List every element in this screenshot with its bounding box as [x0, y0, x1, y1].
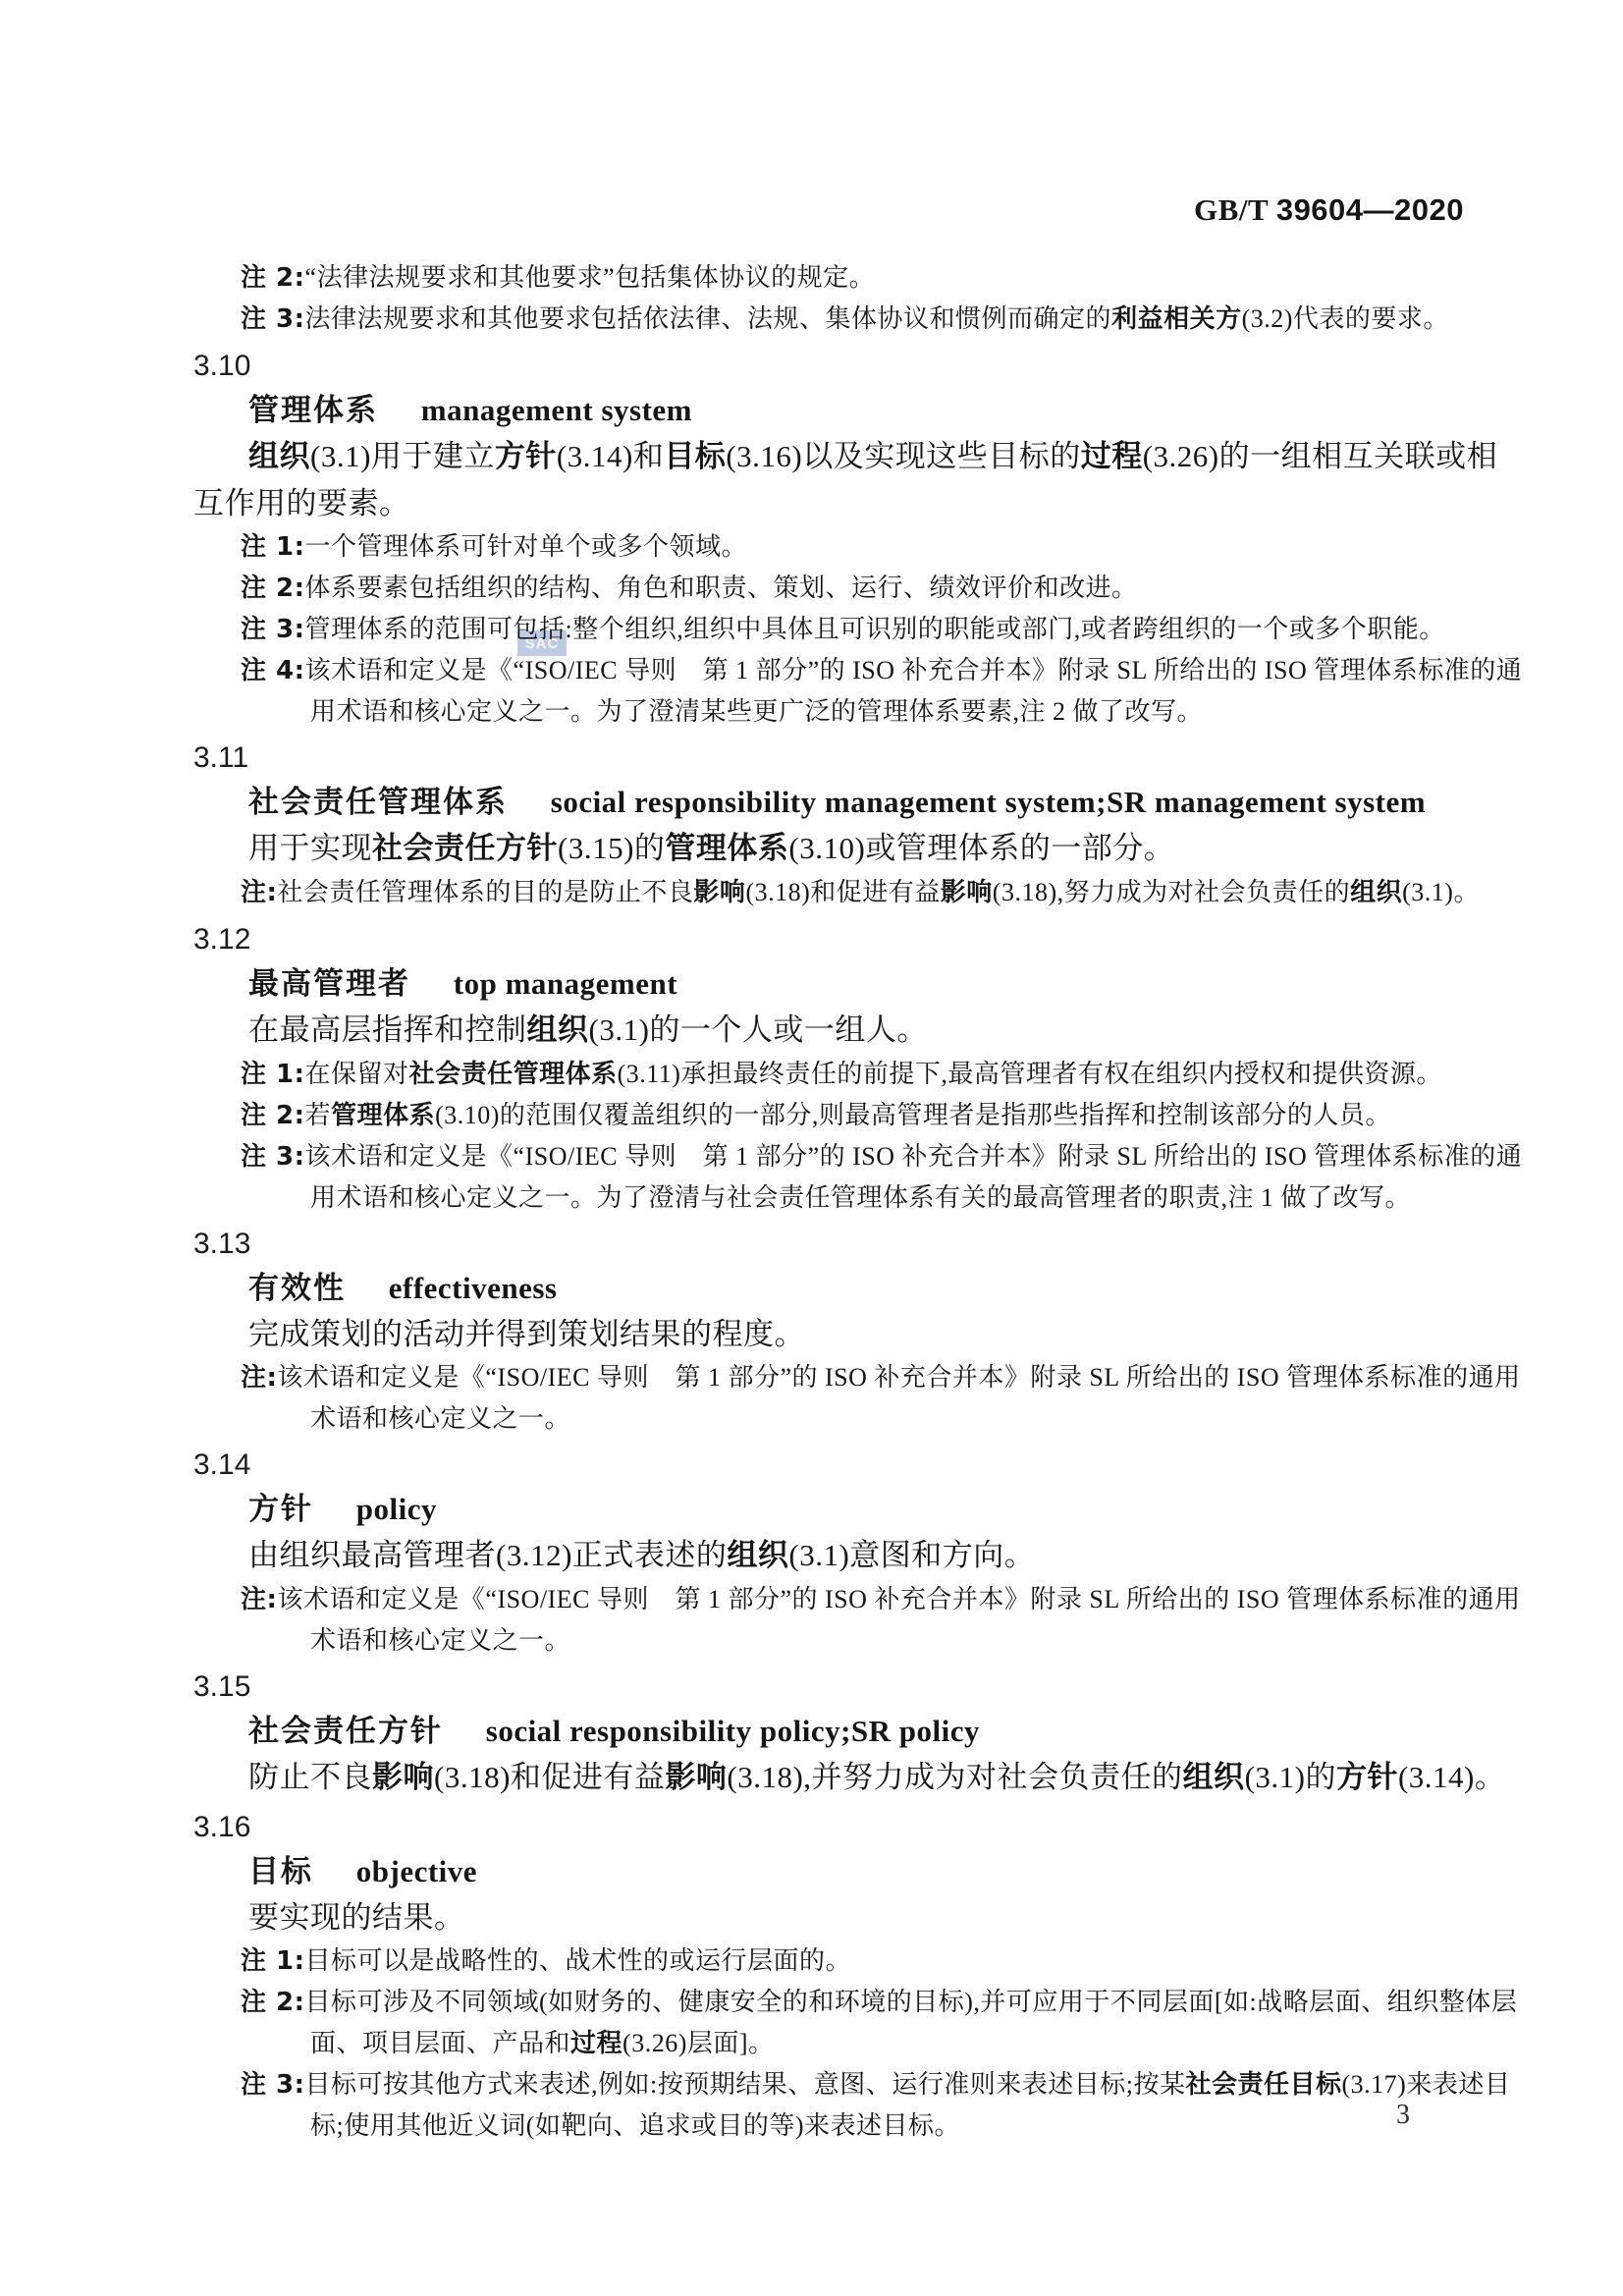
term-line: 方针 policy [248, 1487, 1472, 1532]
term-section-3-13: 3.13 有效性 effectiveness 完成策划的活动并得到策划结果的程度… [193, 1222, 1472, 1439]
note-text: 目标可按其他方式来表述,例如:按预期结果、意图、运行准则来表述目标;按某社会责任… [305, 2070, 1511, 2140]
term-definition: 要实现的结果。 [193, 1894, 1472, 1941]
term-section-3-12: 3.12 最高管理者 top management 在最高层指挥和控制组织(3.… [193, 917, 1472, 1218]
term-line: 社会责任方针 social responsibility policy;SR p… [248, 1709, 1472, 1754]
term-zh: 社会责任方针 [248, 1714, 443, 1749]
term-zh: 管理体系 [248, 393, 378, 428]
note: 注 1:一个管理体系可针对单个或多个领域。 [193, 526, 1472, 568]
note-text: 该术语和定义是《“ISO/IEC 导则 第 1 部分”的 ISO 补充合并本》附… [305, 1142, 1523, 1212]
term-definition: 组织(3.1)用于建立方针(3.14)和目标(3.16)以及实现这些目标的过程(… [193, 433, 1472, 526]
note-text: 目标可以是战略性的、战术性的或运行层面的。 [305, 1946, 852, 1975]
note: 注 1:在保留对社会责任管理体系(3.11)承担最终责任的前提下,最高管理者有权… [193, 1054, 1472, 1095]
page-content: 注 2:“法律法规要求和其他要求”包括集体协议的规定。 注 3:法律法规要求和其… [193, 257, 1472, 2146]
note: 注:社会责任管理体系的目的是防止不良影响(3.18)和促进有益影响(3.18),… [193, 872, 1472, 913]
term-section-3-11: 3.11 社会责任管理体系 social responsibility mana… [193, 736, 1472, 913]
term-zh: 最高管理者 [248, 966, 410, 1002]
term-en: top management [454, 966, 677, 1001]
section-number: 3.13 [193, 1222, 1472, 1266]
note: 注:该术语和定义是《“ISO/IEC 导则 第 1 部分”的 ISO 补充合并本… [193, 1579, 1472, 1661]
note: 注 1:目标可以是战略性的、战术性的或运行层面的。 [193, 1941, 1472, 1982]
note-text: 一个管理体系可针对单个或多个领域。 [305, 532, 748, 561]
note-label: 注 2: [241, 1101, 305, 1130]
note-text: 该术语和定义是《“ISO/IEC 导则 第 1 部分”的 ISO 补充合并本》附… [305, 656, 1523, 726]
note-text: 社会责任管理体系的目的是防止不良影响(3.18)和促进有益影响(3.18),努力… [277, 878, 1480, 906]
note-text: 该术语和定义是《“ISO/IEC 导则 第 1 部分”的 ISO 补充合并本》附… [277, 1363, 1520, 1433]
term-zh: 社会责任管理体系 [248, 785, 508, 820]
note-label: 注: [241, 1585, 277, 1614]
term-line: 社会责任管理体系 social responsibility managemen… [248, 780, 1472, 825]
note-label: 注: [241, 1363, 277, 1393]
document-page: GB/T 39604—2020 SAC 注 2:“法律法规要求和其他要求”包括集… [0, 0, 1623, 2296]
section-number: 3.15 [193, 1665, 1472, 1709]
note-label: 注 3: [241, 304, 305, 334]
note: 注 2:体系要素包括组织的结构、角色和职责、策划、运行、绩效评价和改进。 [193, 568, 1472, 609]
note-text: 若管理体系(3.10)的范围仅覆盖组织的一部分,则最高管理者是指那些指挥和控制该… [305, 1101, 1391, 1129]
term-section-3-16: 3.16 目标 objective 要实现的结果。 注 1:目标可以是战略性的、… [193, 1805, 1472, 2146]
note-text: 管理体系的范围可包括:整个组织,组织中具体且可识别的职能或部门,或者跨组织的一个… [305, 615, 1445, 643]
term-line: 最高管理者 top management [248, 961, 1472, 1007]
standard-code-number: 39604—2020 [1276, 192, 1464, 227]
term-en: management system [421, 393, 692, 427]
section-number: 3.10 [193, 344, 1472, 388]
note: 注 3:管理体系的范围可包括:整个组织,组织中具体且可识别的职能或部门,或者跨组… [193, 609, 1472, 650]
note-label: 注 4: [241, 656, 305, 685]
term-en: policy [356, 1492, 437, 1526]
note-text: 该术语和定义是《“ISO/IEC 导则 第 1 部分”的 ISO 补充合并本》附… [277, 1585, 1520, 1655]
note-text: 在保留对社会责任管理体系(3.11)承担最终责任的前提下,最高管理者有权在组织内… [305, 1060, 1442, 1088]
term-line: 目标 objective [248, 1849, 1472, 1894]
section-number: 3.11 [193, 736, 1472, 780]
note: 注 3:该术语和定义是《“ISO/IEC 导则 第 1 部分”的 ISO 补充合… [193, 1136, 1472, 1218]
term-definition: 由组织最高管理者(3.12)正式表述的组织(3.1)意图和方向。 [193, 1532, 1472, 1579]
term-section-3-14: 3.14 方针 policy 由组织最高管理者(3.12)正式表述的组织(3.1… [193, 1443, 1472, 1661]
note: 注 2:若管理体系(3.10)的范围仅覆盖组织的一部分,则最高管理者是指那些指挥… [193, 1095, 1472, 1136]
term-zh: 方针 [248, 1492, 313, 1527]
term-zh: 有效性 [248, 1271, 346, 1306]
standard-code-header: GB/T 39604—2020 [1194, 192, 1464, 228]
term-definition: 防止不良影响(3.18)和促进有益影响(3.18),并努力成为对社会负责任的组织… [193, 1754, 1472, 1801]
term-zh: 目标 [248, 1854, 313, 1889]
term-definition: 完成策划的活动并得到策划结果的程度。 [193, 1311, 1472, 1357]
note-text: “法律法规要求和其他要求”包括集体协议的规定。 [305, 263, 876, 292]
standard-code-prefix: GB/T [1194, 192, 1269, 227]
note-text: 目标可涉及不同领域(如财务的、健康安全的和环境的目标),并可应用于不同层面[如:… [305, 1988, 1518, 2057]
term-line: 管理体系 management system [248, 388, 1472, 433]
section-number: 3.16 [193, 1805, 1472, 1849]
term-section-3-10: 3.10 管理体系 management system 组织(3.1)用于建立方… [193, 344, 1472, 732]
note-label: 注 3: [241, 2070, 305, 2100]
section-number: 3.14 [193, 1443, 1472, 1487]
term-en: effectiveness [389, 1271, 558, 1305]
note-label: 注 3: [241, 1142, 305, 1172]
note-label: 注: [241, 878, 277, 907]
term-en: social responsibility policy;SR policy [486, 1714, 980, 1748]
leading-note: 注 2:“法律法规要求和其他要求”包括集体协议的规定。 [193, 257, 1472, 299]
leading-note: 注 3:法律法规要求和其他要求包括依法律、法规、集体协议和惯例而确定的利益相关方… [193, 299, 1472, 340]
term-en: objective [356, 1854, 477, 1888]
term-definition: 用于实现社会责任方针(3.15)的管理体系(3.10)或管理体系的一部分。 [193, 825, 1472, 872]
section-number: 3.12 [193, 917, 1472, 961]
note-label: 注 1: [241, 532, 305, 562]
note-text: 法律法规要求和其他要求包括依法律、法规、集体协议和惯例而确定的利益相关方(3.2… [305, 304, 1449, 333]
term-definition: 在最高层指挥和控制组织(3.1)的一个人或一组人。 [193, 1007, 1472, 1054]
note-text: 体系要素包括组织的结构、角色和职责、策划、运行、绩效评价和改进。 [305, 574, 1138, 602]
note-label: 注 2: [241, 574, 305, 603]
note-label: 注 2: [241, 1988, 305, 2017]
note-label: 注 3: [241, 615, 305, 644]
note: 注 2:目标可涉及不同领域(如财务的、健康安全的和环境的目标),并可应用于不同层… [193, 1982, 1472, 2064]
term-en: social responsibility management system;… [551, 785, 1426, 819]
note: 注 3:目标可按其他方式来表述,例如:按预期结果、意图、运行准则来表述目标;按某… [193, 2064, 1472, 2146]
note-label: 注 1: [241, 1946, 305, 1976]
note-label: 注 2: [241, 263, 305, 293]
note: 注 4:该术语和定义是《“ISO/IEC 导则 第 1 部分”的 ISO 补充合… [193, 650, 1472, 732]
term-line: 有效性 effectiveness [248, 1266, 1472, 1311]
note: 注:该术语和定义是《“ISO/IEC 导则 第 1 部分”的 ISO 补充合并本… [193, 1357, 1472, 1439]
note-label: 注 1: [241, 1060, 305, 1089]
term-section-3-15: 3.15 社会责任方针 social responsibility policy… [193, 1665, 1472, 1801]
